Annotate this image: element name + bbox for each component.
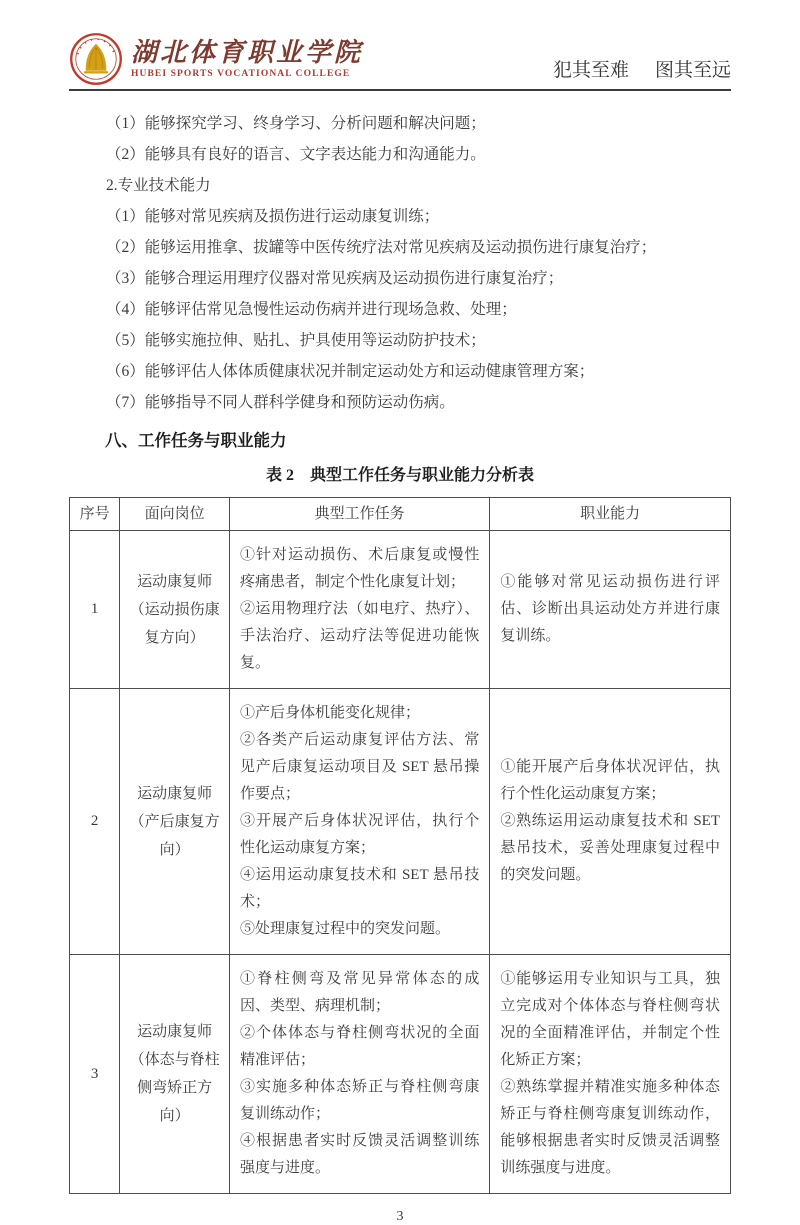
document-body: （1）能够探究学习、终身学习、分析问题和解决问题； （2）能够具有良好的语言、文…	[69, 108, 731, 1194]
motto-part-1: 犯其至难	[553, 55, 629, 82]
document-page: 湖北体育职业学院 HUBEI SPORTS VOCATIONAL COLLEGE…	[0, 0, 800, 1131]
task-item: ②各类产后运动康复评估方法、常见产后康复运动项目及 SET 悬吊操作要点；	[240, 727, 479, 808]
abilities-cell: ①能够运用专业知识与工具，独立完成对个体体态与脊柱侧弯状况的全面精准评估，并制定…	[490, 955, 731, 1194]
list-item: （1）能够探究学习、终身学习、分析问题和解决问题；	[106, 108, 731, 139]
ability-item: ②熟练掌握并精准实施多种体态矫正与脊柱侧弯康复训练动作，能够根据患者实时反馈灵活…	[500, 1074, 720, 1182]
task-item: ③实施多种体态矫正与脊柱侧弯康复训练动作；	[240, 1074, 479, 1128]
position-direction: （体态与脊柱侧弯矫正方向）	[126, 1046, 223, 1130]
position-title: 运动康复师	[126, 568, 223, 596]
college-name-block: 湖北体育职业学院 HUBEI SPORTS VOCATIONAL COLLEGE	[131, 38, 363, 81]
tasks-cell: ①产后身体机能变化规律； ②各类产后运动康复评估方法、常见产后康复运动项目及 S…	[229, 689, 489, 955]
college-name-english: HUBEI SPORTS VOCATIONAL COLLEGE	[131, 68, 363, 81]
list-item: （4）能够评估常见急慢性运动伤病并进行现场急救、处理；	[106, 294, 731, 325]
list-item: （5）能够实施拉伸、贴扎、护具使用等运动防护技术；	[106, 325, 731, 356]
college-seal-icon	[69, 32, 123, 86]
row-number: 2	[70, 689, 120, 955]
task-item: ①产后身体机能变化规律；	[240, 700, 479, 727]
abilities-cell: ①能开展产后身体状况评估，执行个性化运动康复方案； ②熟练运用运动康复技术和 S…	[490, 689, 731, 955]
position-direction: （运动损伤康复方向）	[126, 596, 223, 652]
column-header-no: 序号	[70, 498, 120, 531]
list-item: （2）能够具有良好的语言、文字表达能力和沟通能力。	[106, 139, 731, 170]
position-cell: 运动康复师 （产后康复方向）	[120, 689, 230, 955]
table-caption: 表 2 典型工作任务与职业能力分析表	[69, 464, 731, 488]
ability-lists: （1）能够探究学习、终身学习、分析问题和解决问题； （2）能够具有良好的语言、文…	[69, 108, 731, 418]
college-logo: 湖北体育职业学院 HUBEI SPORTS VOCATIONAL COLLEGE	[69, 32, 363, 86]
abilities-cell: ①能够对常见运动损伤进行评估、诊断出具运动处方并进行康复训练。	[490, 531, 731, 689]
table-row: 2 运动康复师 （产后康复方向） ①产后身体机能变化规律； ②各类产后运动康复评…	[70, 689, 731, 955]
page-header: 湖北体育职业学院 HUBEI SPORTS VOCATIONAL COLLEGE…	[69, 28, 731, 86]
page-footer: 3	[69, 1209, 731, 1225]
tasks-cell: ①脊柱侧弯及常见异常体态的成因、类型、病理机制； ②个体体态与脊柱侧弯状况的全面…	[229, 955, 489, 1194]
list-item: （3）能够合理运用理疗仪器对常见疾病及运动损伤进行康复治疗；	[106, 263, 731, 294]
ability-item: ①能够对常见运动损伤进行评估、诊断出具运动处方并进行康复训练。	[500, 569, 720, 650]
motto-part-2: 图其至远	[655, 55, 731, 82]
task-item: ④根据患者实时反馈灵活调整训练强度与进度。	[240, 1128, 479, 1182]
task-item: ①针对运动损伤、术后康复或慢性疼痛患者，制定个性化康复计划；	[240, 542, 479, 596]
list-item: （2）能够运用推拿、拔罐等中医传统疗法对常见疾病及运动损伤进行康复治疗；	[106, 232, 731, 263]
header-divider	[69, 89, 731, 91]
tasks-cell: ①针对运动损伤、术后康复或慢性疼痛患者，制定个性化康复计划； ②运用物理疗法（如…	[229, 531, 489, 689]
table-header-row: 序号 面向岗位 典型工作任务 职业能力	[70, 498, 731, 531]
list-item: （1）能够对常见疾病及损伤进行运动康复训练；	[106, 201, 731, 232]
table-row: 1 运动康复师 （运动损伤康复方向） ①针对运动损伤、术后康复或慢性疼痛患者，制…	[70, 531, 731, 689]
position-cell: 运动康复师 （体态与脊柱侧弯矫正方向）	[120, 955, 230, 1194]
ability-item: ②熟练运用运动康复技术和 SET 悬吊技术，妥善处理康复过程中的突发问题。	[500, 808, 720, 889]
position-title: 运动康复师	[126, 1018, 223, 1046]
position-cell: 运动康复师 （运动损伤康复方向）	[120, 531, 230, 689]
list-item: （7）能够指导不同人群科学健身和预防运动伤病。	[106, 387, 731, 418]
task-item: ②运用物理疗法（如电疗、热疗）、手法治疗、运动疗法等促进功能恢复。	[240, 596, 479, 677]
analysis-table: 序号 面向岗位 典型工作任务 职业能力 1 运动康复师 （运动损伤康复方向） ①…	[69, 497, 731, 1194]
position-direction: （产后康复方向）	[126, 808, 223, 864]
task-item: ⑤处理康复过程中的突发问题。	[240, 916, 479, 943]
task-item: ③开展产后身体状况评估，执行个性化运动康复方案；	[240, 808, 479, 862]
task-item: ④运用运动康复技术和 SET 悬吊技术；	[240, 862, 479, 916]
section-heading: 八、工作任务与职业能力	[69, 429, 731, 453]
row-number: 3	[70, 955, 120, 1194]
column-header-tasks: 典型工作任务	[229, 498, 489, 531]
college-motto: 犯其至难 图其至远	[553, 55, 731, 86]
column-header-abilities: 职业能力	[490, 498, 731, 531]
college-name-calligraphy: 湖北体育职业学院	[131, 38, 363, 68]
ability-item: ①能够运用专业知识与工具，独立完成对个体体态与脊柱侧弯状况的全面精准评估，并制定…	[500, 966, 720, 1074]
page-number: 3	[397, 1209, 404, 1224]
position-title: 运动康复师	[126, 780, 223, 808]
table-row: 3 运动康复师 （体态与脊柱侧弯矫正方向） ①脊柱侧弯及常见异常体态的成因、类型…	[70, 955, 731, 1194]
list-item: （6）能够评估人体体质健康状况并制定运动处方和运动健康管理方案；	[106, 356, 731, 387]
row-number: 1	[70, 531, 120, 689]
subsection-title: 2.专业技术能力	[106, 170, 731, 201]
task-item: ①脊柱侧弯及常见异常体态的成因、类型、病理机制；	[240, 966, 479, 1020]
task-item: ②个体体态与脊柱侧弯状况的全面精准评估；	[240, 1020, 479, 1074]
ability-item: ①能开展产后身体状况评估，执行个性化运动康复方案；	[500, 754, 720, 808]
column-header-position: 面向岗位	[120, 498, 230, 531]
